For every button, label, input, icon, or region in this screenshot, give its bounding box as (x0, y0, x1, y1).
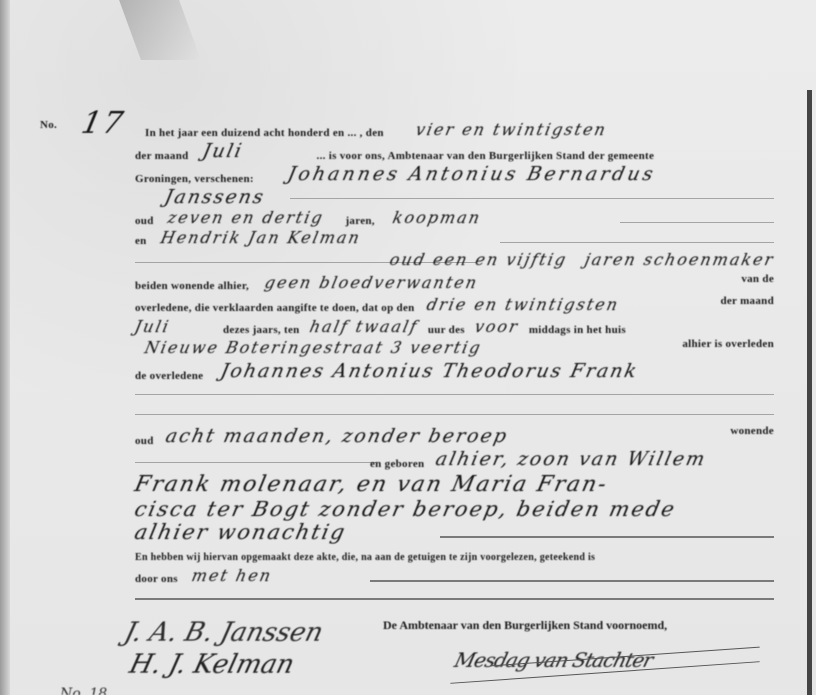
printed-text: ... is voor ons, Ambtenaar van den Burge… (317, 150, 655, 162)
record-line-7: oud een en vijftig jaren schoenmaker (390, 250, 774, 274)
form-rule (135, 598, 774, 600)
printed-text: alhier is overleden (682, 338, 774, 350)
handwritten-date: vier en twintigsten (414, 120, 609, 139)
printed-text: overledene, die verklaarden aangifte te … (135, 302, 415, 314)
record-line-13: oud acht maanden, zonder beroep wonende (135, 425, 774, 449)
printed-text: de overledene (135, 370, 203, 382)
form-rule (370, 580, 774, 582)
handwritten-relation: geen bloedverwanten (263, 273, 480, 292)
handwritten-witness-name: Hendrik Jan Kelman (159, 228, 363, 247)
handwritten-residence: alhier wonachtig (132, 520, 348, 544)
handwritten-surname: Janssens (163, 186, 268, 208)
next-record-fragment: No. 18 (60, 686, 760, 695)
record-line-19: door ons met hen (135, 566, 774, 590)
page-right-edge (807, 90, 812, 695)
record-line-8: beiden wonende alhier, geen bloedverwant… (135, 273, 774, 297)
handwritten-age: zeven en dertig (166, 208, 326, 227)
record-line-14: en geboren alhier, zoon van Willem (370, 448, 774, 472)
record-line-12: de overledene Johannes Antonius Theodoru… (135, 360, 774, 384)
handwritten-age: oud een en vijftig (388, 250, 569, 269)
handwritten-date: drie en twintigsten (425, 295, 621, 314)
printed-text: dezes jaars, ten (223, 324, 300, 336)
handwritten-age-occupation: acht maanden, zonder beroep (163, 425, 510, 447)
handwritten-time: half twaalf (308, 317, 420, 336)
record-line-11: Nieuwe Boteringestraat 3 veertig alhier … (135, 338, 774, 362)
record-line-9: overledene, die verklaarden aangifte te … (135, 295, 774, 319)
printed-text: door ons (135, 573, 178, 585)
printed-text: der maand (720, 295, 774, 307)
printed-text: In het jaar een duizend acht honderd en … (145, 127, 384, 139)
page-left-edge (0, 0, 10, 695)
handwritten-month: Juli (200, 140, 275, 162)
form-rule (500, 242, 774, 243)
handwritten-deceased-name: Johannes Antonius Theodorus Frank (219, 360, 641, 382)
printed-text: jaren, (345, 215, 374, 227)
record-line-3: Groningen, verschenen: Johannes Antonius… (135, 163, 774, 187)
handwritten-parents: Frank molenaar, en van Maria Fran- (132, 472, 610, 497)
printed-text: uur des (428, 324, 465, 336)
form-rule (135, 462, 376, 463)
printed-text: oud (135, 215, 154, 227)
printed-text: van de (741, 273, 774, 285)
printed-text: en (135, 235, 147, 247)
printed-text: der maand (135, 150, 189, 162)
handwritten-time-of-day: voor (473, 317, 521, 336)
printed-text: Groningen, verschenen: (135, 173, 254, 185)
record-line-16: cisca ter Bogt zonder beroep, beiden med… (135, 497, 774, 521)
record-line-2: der maand Juli ... is voor ons, Ambtenaa… (135, 140, 774, 164)
witness-1-signature: J. A. B. Janssen (121, 618, 326, 648)
form-rule (620, 222, 774, 223)
handwritten-month: Juli (133, 317, 207, 336)
record-line-17: alhier wonachtig (135, 520, 774, 544)
record-number-label: No. (40, 119, 57, 131)
record-number: 17 (78, 106, 128, 141)
printed-closing-text: En hebben wij hiervan opgemaakt deze akt… (135, 552, 595, 563)
handwritten-signed-with: met hen (190, 566, 274, 585)
handwritten-birthplace-parents: alhier, zoon van Willem (434, 448, 709, 470)
printed-text: middags in het huis (529, 324, 626, 336)
handwritten-occupation: koopman (391, 208, 483, 227)
form-rule (290, 198, 774, 199)
form-rule (440, 536, 774, 538)
printed-text: beiden wonende alhier, (135, 280, 249, 292)
witness-2-signature: H. J. Kelman (126, 650, 297, 680)
handwritten-name: Johannes Antonius Bernardus (286, 163, 658, 185)
record-line-6: en Hendrik Jan Kelman (135, 228, 774, 252)
printed-text: en geboren (370, 458, 424, 470)
form-rule (135, 414, 774, 415)
printed-text: wonende (730, 425, 774, 437)
faded-margin-text (40, 270, 135, 358)
scan-smudge (119, 0, 201, 60)
printed-text: oud (135, 435, 154, 447)
registrar-label: De Ambtenaar van den Burgerlijken Stand … (383, 618, 667, 633)
scanned-page: No. 17 In het jaar een duizend acht hond… (0, 0, 816, 695)
form-rule (135, 394, 774, 395)
handwritten-occupation: jaren schoenmaker (583, 250, 776, 269)
handwritten-address: Nieuwe Boteringestraat 3 veertig (143, 338, 484, 357)
record-line-15: Frank molenaar, en van Maria Fran- (135, 472, 774, 496)
handwritten-parents-continued: cisca ter Bogt zonder beroep, beiden med… (132, 497, 678, 521)
